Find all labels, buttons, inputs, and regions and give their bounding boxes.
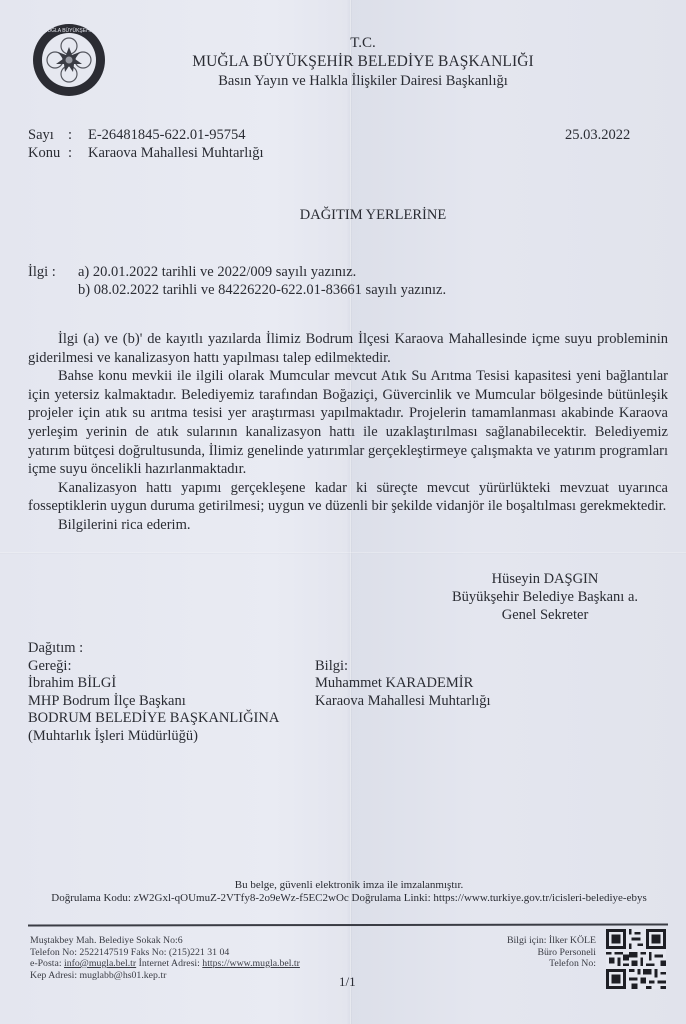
bilgi-line: Muhammet KARADEMİR <box>315 675 491 693</box>
ilgi-item-a: a) 20.01.2022 tarihli ve 2022/009 sayılı… <box>78 264 356 281</box>
bilgi-line: Karaova Mahallesi Muhtarlığı <box>315 693 491 711</box>
header-tc: T.C. <box>20 35 686 52</box>
konu-label: Konu <box>28 145 68 162</box>
paper-fold-horizontal <box>0 552 686 554</box>
gereği-label: Gereği: <box>28 658 279 676</box>
svg-text:MUĞLA BÜYÜKŞEHİR: MUĞLA BÜYÜKŞEHİR <box>43 27 95 34</box>
signatory-name: Hüseyin DAŞGIN <box>440 570 650 588</box>
footer-info-contact: Bilgi için: İlker KÖLE Büro Personeli Te… <box>507 935 596 970</box>
verification-code: zW2Gxl-qOUmuZ-2VTfy8-2o9eWz-f5EC2wOc <box>134 892 349 904</box>
contact-person: Bilgi için: İlker KÖLE <box>507 935 596 947</box>
web-label: İnternet Adresi: <box>139 958 200 969</box>
signature-block: Hüseyin DAŞGIN Büyükşehir Belediye Başka… <box>440 570 650 624</box>
meta-sayi-row: Sayı:E-26481845-622.01-95754 <box>28 127 245 144</box>
verification-link-label: Doğrulama Linki: <box>352 892 431 904</box>
gereği-line: (Muhtarlık İşleri Müdürlüğü) <box>28 728 279 746</box>
email-link[interactable]: info@mugla.bel.tr <box>64 958 136 969</box>
document-title: DAĞITIM YERLERİNE <box>30 207 686 224</box>
qr-code-icon <box>606 929 666 989</box>
e-signature-notice: Bu belge, güvenli elektronik imza ile im… <box>6 879 686 891</box>
signatory-title: Büyükşehir Belediye Başkanı a. <box>440 588 650 606</box>
body-paragraph-1: İlgi (a) ve (b)' de kayıtlı yazılarda İl… <box>28 330 668 367</box>
verification-code-label: Doğrulama Kodu: <box>51 892 131 904</box>
ilgi-label: İlgi : <box>28 264 56 281</box>
document-date: 25.03.2022 <box>565 127 630 144</box>
verification-link[interactable]: https://www.turkiye.gov.tr/icisleri-bele… <box>433 892 646 904</box>
email-label: e-Posta: <box>30 958 62 969</box>
header-department: Basın Yayın ve Halkla İlişkiler Dairesi … <box>20 73 686 90</box>
separator: : <box>68 127 88 144</box>
contact-role: Büro Personeli <box>507 947 596 959</box>
gereği-line: MHP Bodrum İlçe Başkanı <box>28 693 279 711</box>
ilgi-item-b: b) 08.02.2022 tarihli ve 84226220-622.01… <box>78 282 446 299</box>
meta-konu-row: Konu:Karaova Mahallesi Muhtarlığı <box>28 145 264 162</box>
konu-value: Karaova Mahallesi Muhtarlığı <box>88 145 264 161</box>
gereği-line: İbrahim BİLGİ <box>28 675 279 693</box>
verification-line: Doğrulama Kodu: zW2Gxl-qOUmuZ-2VTfy8-2o9… <box>6 892 686 904</box>
signatory-role: Genel Sekreter <box>440 606 650 624</box>
footer-contact: Muştakbey Mah. Belediye Sokak No:6 Telef… <box>30 935 300 981</box>
gereği-line: BODRUM BELEDİYE BAŞKANLIĞINA <box>28 710 279 728</box>
separator: : <box>68 145 88 162</box>
footer-phone: Telefon No: 2522147519 Faks No: (215)221… <box>30 947 300 959</box>
body-paragraph-4: Bilgilerini rica ederim. <box>28 516 668 535</box>
distribution-label: Dağıtım : <box>28 640 279 658</box>
letter-body: İlgi (a) ve (b)' de kayıtlı yazılarda İl… <box>28 330 668 535</box>
footer-address: Muştakbey Mah. Belediye Sokak No:6 <box>30 935 300 947</box>
sayi-value: E-26481845-622.01-95754 <box>88 127 245 143</box>
website-link[interactable]: https://www.mugla.bel.tr <box>202 958 300 969</box>
body-paragraph-2: Bahse konu mevkii ile ilgili olarak Mumc… <box>28 367 668 479</box>
body-paragraph-3: Kanalizasyon hattı yapımı gerçekleşene k… <box>28 479 668 516</box>
contact-phone: Telefon No: <box>507 958 596 970</box>
distribution-bilgi: Bilgi: Muhammet KARADEMİR Karaova Mahall… <box>315 658 491 711</box>
page-number: 1/1 <box>339 974 356 990</box>
header-institution: MUĞLA BÜYÜKŞEHİR BELEDİYE BAŞKANLIĞI <box>20 53 686 71</box>
distribution-gereği: Dağıtım : Gereği: İbrahim BİLGİ MHP Bodr… <box>28 640 279 745</box>
footer-web-line: e-Posta: info@mugla.bel.tr İnternet Adre… <box>30 958 300 970</box>
bilgi-label: Bilgi: <box>315 658 491 676</box>
footer-kep: Kep Adresi: muglabb@hs01.kep.tr <box>30 970 300 982</box>
sayi-label: Sayı <box>28 127 68 144</box>
